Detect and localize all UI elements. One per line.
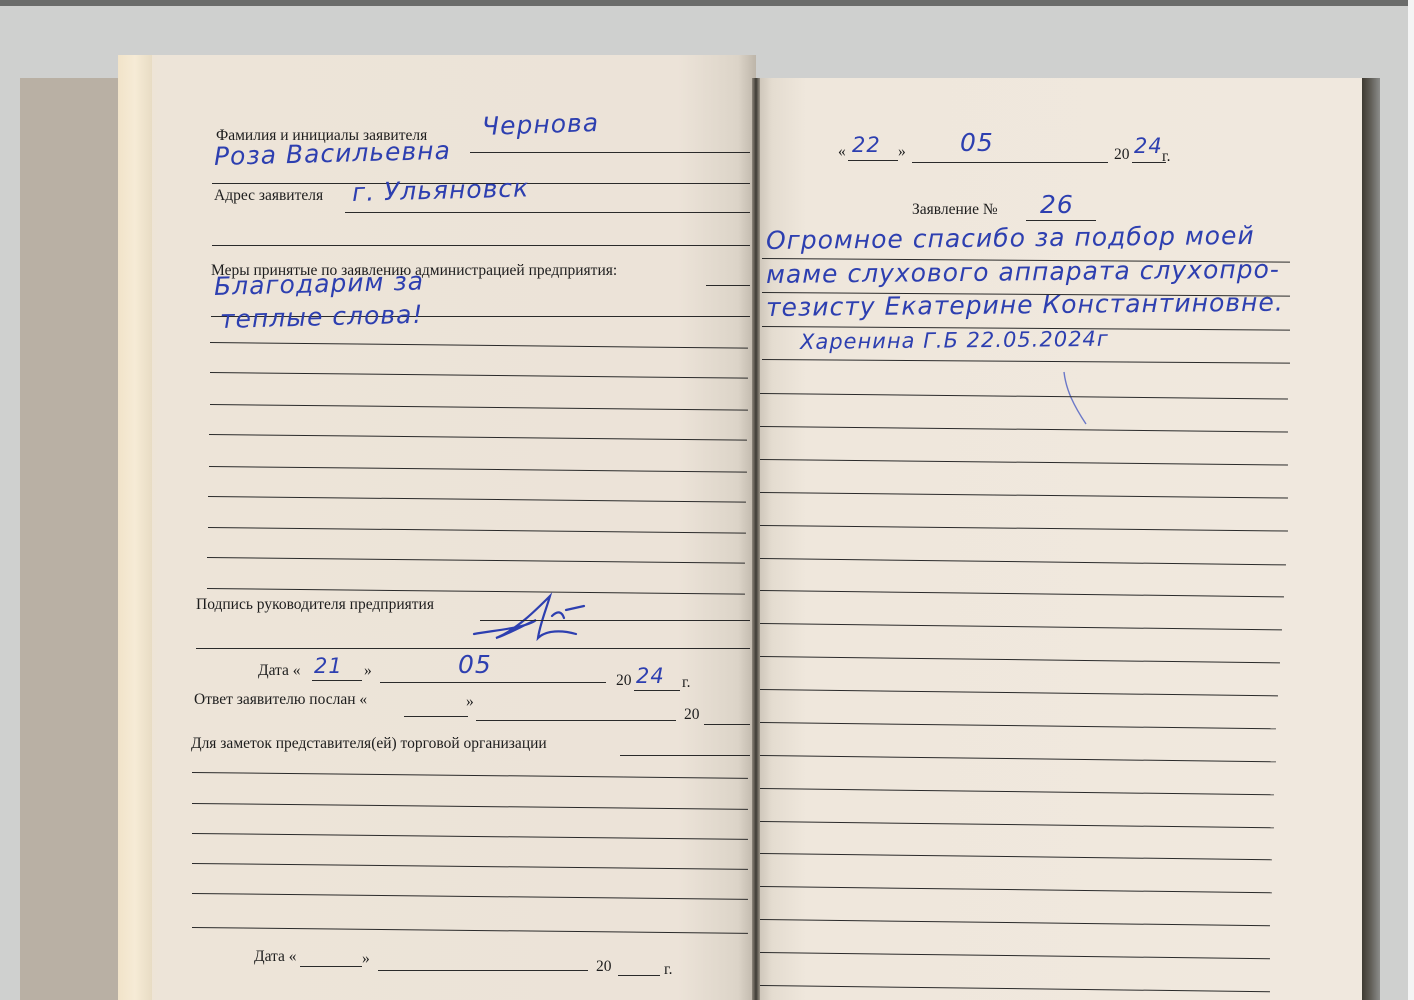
bottom-date-close-quote: » — [362, 950, 370, 968]
bottom-date-day-line — [300, 966, 362, 967]
answer-year-line — [704, 724, 750, 725]
signature-line-1 — [480, 620, 750, 621]
statement-label: Заявление № — [912, 201, 998, 219]
ruled-line — [760, 623, 1282, 630]
rp-date-year-unit: г. — [1162, 148, 1170, 166]
address-line-1 — [345, 212, 750, 213]
ruled-line — [760, 821, 1274, 828]
book-right-edge-shadow — [1362, 78, 1380, 1000]
answer-year-prefix: 20 — [684, 706, 700, 724]
scan-right-border — [1408, 0, 1414, 1000]
manager-signature-label: Подпись руководителя предприятия — [196, 596, 434, 614]
ruled-line — [760, 755, 1276, 762]
measures-text-line-1: Благодарим за — [214, 267, 425, 301]
scan-top-border — [0, 0, 1414, 6]
date-day: 21 — [314, 654, 343, 678]
date-label: Дата « — [258, 662, 301, 680]
date-month-line — [380, 682, 606, 683]
date-year-suffix: 24 — [636, 664, 665, 688]
date-close-quote: » — [364, 662, 372, 680]
rp-date-open-quote: « — [838, 143, 846, 161]
ruled-line — [760, 788, 1274, 795]
ruled-line — [760, 656, 1280, 663]
ruled-line — [760, 590, 1284, 597]
ruled-line — [760, 426, 1288, 433]
statement-text-line-1: Огромное спасибо за подбор моей — [766, 221, 1255, 255]
notes-line-0 — [620, 755, 750, 756]
ruled-line — [760, 886, 1272, 893]
rp-date-year-line — [1132, 162, 1166, 163]
answer-month-line — [476, 720, 676, 721]
page-stack-edge — [118, 55, 152, 1000]
rp-date-day-line — [848, 160, 898, 161]
ruled-line — [760, 853, 1272, 860]
rp-date-day: 22 — [852, 133, 881, 157]
measures-text-line-2: теплые слова! — [220, 300, 424, 334]
rp-date-month: 05 — [960, 128, 994, 157]
notes-label: Для заметок представителя(ей) торговой о… — [191, 735, 547, 753]
ruled-line — [760, 492, 1288, 499]
book-back-cover — [20, 78, 120, 1000]
answer-sent-label: Ответ заявителю послан « — [194, 691, 367, 709]
applicant-surname: Чернова — [481, 108, 599, 141]
book-gutter — [752, 78, 760, 1000]
address-label: Адрес заявителя — [214, 187, 323, 205]
ruled-line — [760, 558, 1286, 565]
ruled-line — [760, 393, 1288, 400]
applicant-name: Роза Васильевна — [214, 136, 452, 171]
date-year-unit: г. — [682, 674, 690, 692]
ruled-line — [760, 722, 1276, 729]
rp-date-year-prefix: 20 — [1114, 146, 1130, 164]
applicant-line-1 — [470, 152, 750, 153]
ruled-line — [762, 359, 1290, 364]
address-line-2 — [212, 245, 750, 246]
bottom-date-label: Дата « — [254, 948, 297, 966]
bottom-date-year-unit: г. — [664, 961, 672, 979]
measures-line-0 — [706, 285, 750, 286]
ruled-line — [760, 525, 1288, 532]
date-year-prefix: 20 — [616, 672, 632, 690]
ruled-line — [760, 985, 1270, 992]
address-value: г. Ульяновск — [352, 173, 530, 207]
rp-date-month-line — [912, 162, 1108, 163]
date-year-line — [634, 690, 680, 691]
answer-close-quote: » — [466, 693, 474, 711]
ink-stroke-mark — [1060, 370, 1100, 430]
bottom-date-month-line — [378, 970, 588, 971]
date-month: 05 — [458, 650, 492, 679]
ruled-line — [760, 459, 1288, 466]
statement-text-line-4: Харенина Г.Б 22.05.2024г — [800, 327, 1109, 354]
statement-number: 26 — [1040, 190, 1074, 219]
rp-date-close-quote: » — [898, 143, 906, 161]
rp-date-year-suffix: 24 — [1134, 134, 1163, 158]
bottom-date-year-prefix: 20 — [596, 958, 612, 976]
date-day-line — [312, 680, 362, 681]
signature-line-2 — [196, 648, 750, 649]
ruled-line — [760, 689, 1278, 696]
ruled-line — [760, 952, 1270, 959]
statement-number-line — [1026, 220, 1096, 221]
ruled-line — [760, 919, 1270, 926]
answer-day-line — [404, 716, 468, 717]
bottom-date-year-line — [618, 975, 660, 976]
